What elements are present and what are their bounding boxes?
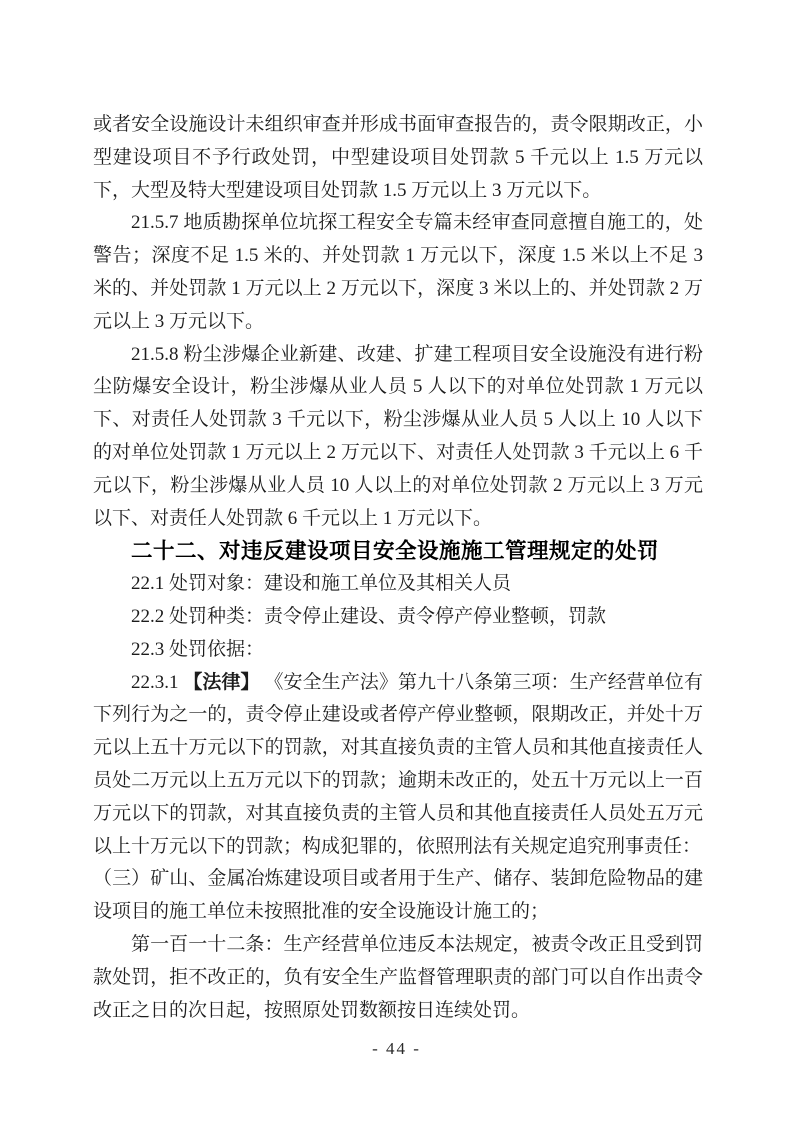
paragraph-21-5-7: 21.5.7 地质勘探单位坑探工程安全专篇未经审查同意擅自施工的，处警告；深度不… <box>93 207 703 338</box>
paragraph-21-5-8: 21.5.8 粉尘涉爆企业新建、改建、扩建工程项目安全设施没有进行粉尘防爆安全设… <box>93 339 703 536</box>
paragraph-item-three: （三）矿山、金属冶炼建设项目或者用于生产、储存、装卸危险物品的建设项目的施工单位… <box>93 863 703 929</box>
clause-number: 22.3.1 <box>131 672 183 693</box>
document-body: 或者安全设施设计未组织审查并形成书面审查报告的，责令限期改正，小型建设项目不予行… <box>93 109 703 1027</box>
paragraph-22-2: 22.2 处罚种类：责令停止建设、责令停产停业整顿，罚款 <box>93 601 703 634</box>
paragraph-22-3: 22.3 处罚依据： <box>93 634 703 667</box>
clause-text: 《安全生产法》第九十八条第三项：生产经营单位有下列行为之一的，责令停止建设或者停… <box>93 672 703 857</box>
page-number: - 44 - <box>0 1037 793 1061</box>
paragraph-article-112: 第一百一十二条：生产经营单位违反本法规定，被责令改正且受到罚款处罚，拒不改正的，… <box>93 929 703 1027</box>
paragraph-continuation: 或者安全设施设计未组织审查并形成书面审查报告的，责令限期改正，小型建设项目不予行… <box>93 109 703 207</box>
paragraph-22-1: 22.1 处罚对象：建设和施工单位及其相关人员 <box>93 568 703 601</box>
document-page: 或者安全设施设计未组织审查并形成书面审查报告的，责令限期改正，小型建设项目不予行… <box>0 0 793 1122</box>
paragraph-22-3-1: 22.3.1 【法律】 《安全生产法》第九十八条第三项：生产经营单位有下列行为之… <box>93 667 703 864</box>
law-tag: 【法律】 <box>183 672 259 693</box>
section-heading-22: 二十二、对违反建设项目安全设施施工管理规定的处罚 <box>93 535 703 568</box>
